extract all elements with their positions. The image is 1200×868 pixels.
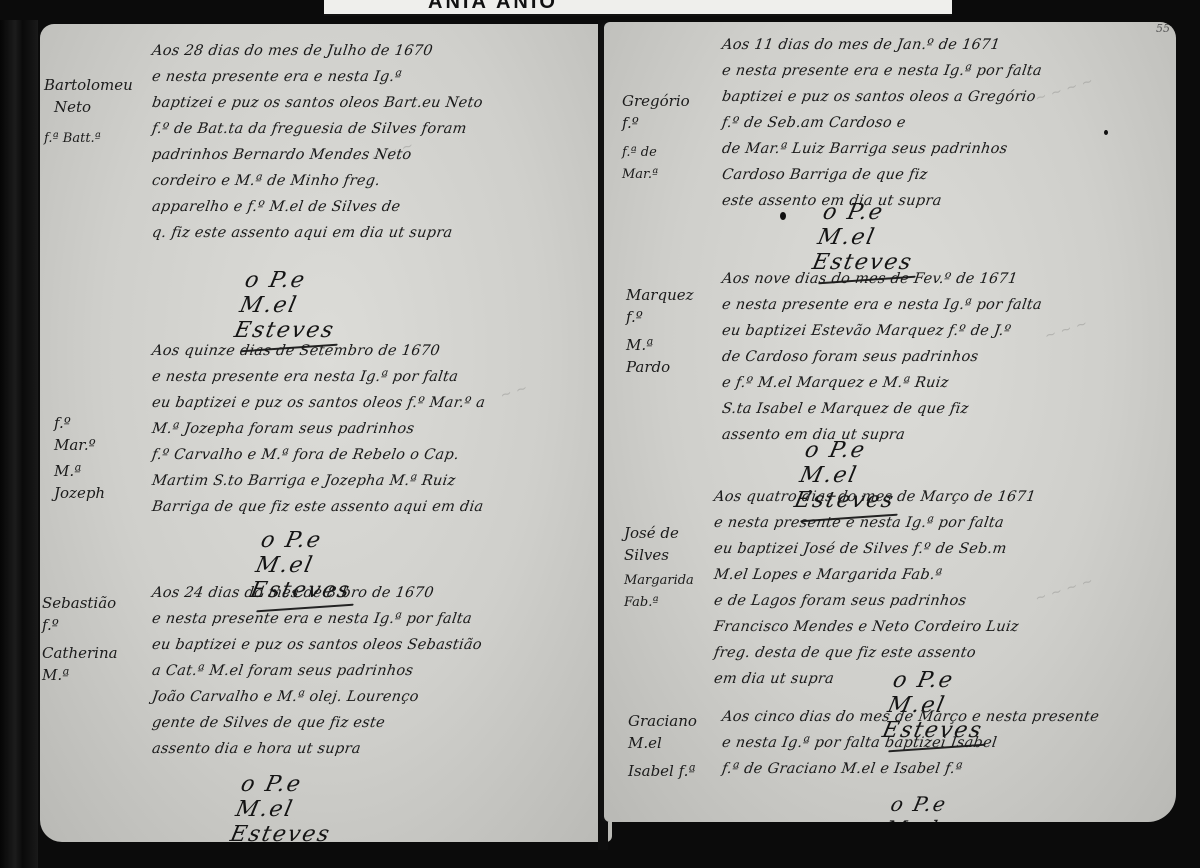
text-line: Aos 11 dias do mes de Jan.º de 1671	[720, 32, 1044, 58]
text-line: cordeiro e M.ª de Minho freg.	[150, 168, 484, 194]
entry-text: Aos 11 dias do mes de Jan.º de 1671 e ne…	[722, 32, 1042, 214]
margin-name: Neto	[44, 96, 133, 118]
text-line: q. fiz este assento aqui em dia ut supra	[150, 220, 484, 246]
bleed-through-ink: ~ ~ ~	[1043, 316, 1090, 345]
text-line: eu baptizei e puz os santos oleos Sebast…	[150, 632, 484, 658]
book-binding	[0, 20, 38, 868]
margin-names: Marquez f.º M.ª Pardo	[626, 284, 694, 378]
text-line: e nesta presente e nesta Ig.ª por falta	[712, 510, 1037, 536]
text-line: e f.º M.el Marquez e M.ª Ruiz	[720, 370, 1044, 396]
text-line: f.º de Bat.ta da freguesia de Silves for…	[150, 116, 484, 142]
text-line: e nesta presente era e nesta Ig.ª por fa…	[720, 292, 1044, 318]
text-line: Cardoso Barriga de que fiz	[720, 162, 1044, 188]
microfilm-label-strip: ANIA ANIO	[324, 0, 952, 16]
text-line: eu baptizei Estevão Marquez f.º de J.º	[720, 318, 1044, 344]
margin-name: Sebastião f.º	[42, 592, 118, 636]
text-line: f.º Carvalho e M.ª fora de Rebelo o Cap.	[150, 442, 487, 468]
text-line: e nesta presente era nesta Ig.ª por falt…	[150, 364, 487, 390]
margin-names: Graciano M.el Isabel f.ª	[628, 710, 697, 782]
text-line: baptizei e puz os santos oleos a Gregóri…	[720, 84, 1044, 110]
text-line: f.ª de Graciano M.el e Isabel f.ª	[720, 756, 1101, 782]
text-line: M.el Lopes e Margarida Fab.ª	[712, 562, 1037, 588]
text-line: Aos 28 dias do mes de Julho de 1670	[150, 38, 484, 64]
right-page: 55 ~ ~ ~ ~ ~ ~ ~ ~ ~ ~ ~ Gregório f.º f.…	[604, 22, 1176, 822]
margin-name: Gregório f.º	[622, 90, 690, 134]
text-line: Francisco Mendes e Neto Cordeiro Luiz	[712, 614, 1037, 640]
text-line: S.ta Isabel e Marquez de que fiz	[720, 396, 1044, 422]
bleed-through-ink: ~ ~ ~ ~	[1033, 573, 1095, 607]
entry-text: Aos 24 dias do mes de 8.bro de 1670 e ne…	[152, 580, 482, 762]
priest-signature: o P.e M.el Esteves	[228, 772, 344, 842]
text-line: gente de Silves de que fiz este	[150, 710, 484, 736]
margin-name: Graciano M.el	[628, 710, 697, 754]
margin-name: f.ª Batt.ª	[44, 128, 133, 150]
priest-signature: o P.e M.el Esteves	[810, 200, 926, 275]
margin-name: Marquez f.º	[626, 284, 694, 328]
margin-name: f.º Mar.º	[54, 412, 105, 456]
text-line: João Carvalho e M.ª olej. Lourenço	[150, 684, 484, 710]
margin-names: f.º Mar.º M.ª Jozeph	[54, 412, 105, 504]
text-line: eu baptizei e puz os santos oleos f.º Ma…	[150, 390, 487, 416]
margin-names: Sebastião f.º Catherina M.ª	[42, 592, 118, 686]
entry-text: Aos quatro dias do mes de Março de 1671 …	[714, 484, 1036, 692]
text-line: baptizei e puz os santos oleos Bart.eu N…	[150, 90, 484, 116]
text-line: de Mar.ª Luiz Barriga seus padrinhos	[720, 136, 1044, 162]
entry-text: Aos 28 dias do mes de Julho de 1670 e ne…	[152, 38, 483, 246]
margin-name: f.ª de Mar.ª	[622, 142, 690, 186]
entry-text: Aos cinco dias do mes de Março e nesta p…	[722, 704, 1099, 782]
text-line: Aos quinze dias de Setembro de 1670	[150, 338, 487, 364]
text-line: apparelho e f.º M.el de Silves de	[150, 194, 484, 220]
ink-blot	[1104, 130, 1108, 135]
text-line: assento dia e hora ut supra	[150, 736, 484, 762]
text-line: e nesta presente era e nesta Ig.ª por fa…	[720, 58, 1044, 84]
text-line: e de Lagos foram seus padrinhos	[712, 588, 1037, 614]
left-page: ~ ~ ~ ~ ~ Bartolomeu Neto f.ª Batt.ª Aos…	[40, 24, 612, 842]
bleed-through-ink: ~ ~	[498, 380, 529, 404]
priest-signature: o P.e M.el Souza	[878, 792, 964, 822]
text-line: Barriga de que fiz este assento aqui em …	[150, 494, 487, 520]
text-line: freg. desta de que fiz este assento	[712, 640, 1037, 666]
margin-names: Bartolomeu Neto f.ª Batt.ª	[44, 74, 133, 150]
text-line: padrinhos Bernardo Mendes Neto	[150, 142, 484, 168]
text-line: Aos nove dias do mes de Fev.º de 1671	[720, 266, 1044, 292]
margin-name: Margarida Fab.ª	[624, 570, 694, 614]
margin-name: Bartolomeu	[44, 74, 133, 96]
label-text: ANIA ANIO	[428, 0, 558, 14]
text-line: f.º de Seb.am Cardoso e	[720, 110, 1044, 136]
text-line: e nesta Ig.ª por falta baptizei Isabel	[720, 730, 1101, 756]
text-line: e nesta presente era e nesta Ig.ª por fa…	[150, 606, 484, 632]
margin-names: José de Silves Margarida Fab.ª	[624, 522, 694, 614]
text-line: Aos cinco dias do mes de Março e nesta p…	[720, 704, 1101, 730]
folio-number: 55	[1156, 22, 1170, 35]
margin-names: Gregório f.º f.ª de Mar.ª	[622, 90, 690, 186]
text-line: Aos 24 dias do mes de 8.bro de 1670	[150, 580, 484, 606]
text-line: Martim S.to Barriga e Jozepha M.ª Ruiz	[150, 468, 487, 494]
entry-text: Aos quinze dias de Setembro de 1670 e ne…	[152, 338, 485, 520]
text-line: M.ª Jozepha foram seus padrinhos	[150, 416, 487, 442]
margin-name: José de Silves	[624, 522, 694, 566]
margin-name: M.ª Pardo	[626, 334, 694, 378]
text-line: a Cat.ª M.el foram seus padrinhos	[150, 658, 484, 684]
entry-text: Aos nove dias do mes de Fev.º de 1671 e …	[722, 266, 1042, 448]
margin-name: Catherina M.ª	[42, 642, 118, 686]
margin-name: Isabel f.ª	[628, 760, 697, 782]
text-line: de Cardoso foram seus padrinhos	[720, 344, 1044, 370]
margin-name: M.ª Jozeph	[54, 460, 105, 504]
priest-signature: o P.e M.el Esteves	[232, 268, 348, 343]
text-line: e nesta presente era e nesta Ig.ª	[150, 64, 484, 90]
text-line: eu baptizei José de Silves f.º de Seb.m	[712, 536, 1037, 562]
text-line: Aos quatro dias do mes de Março de 1671	[712, 484, 1037, 510]
